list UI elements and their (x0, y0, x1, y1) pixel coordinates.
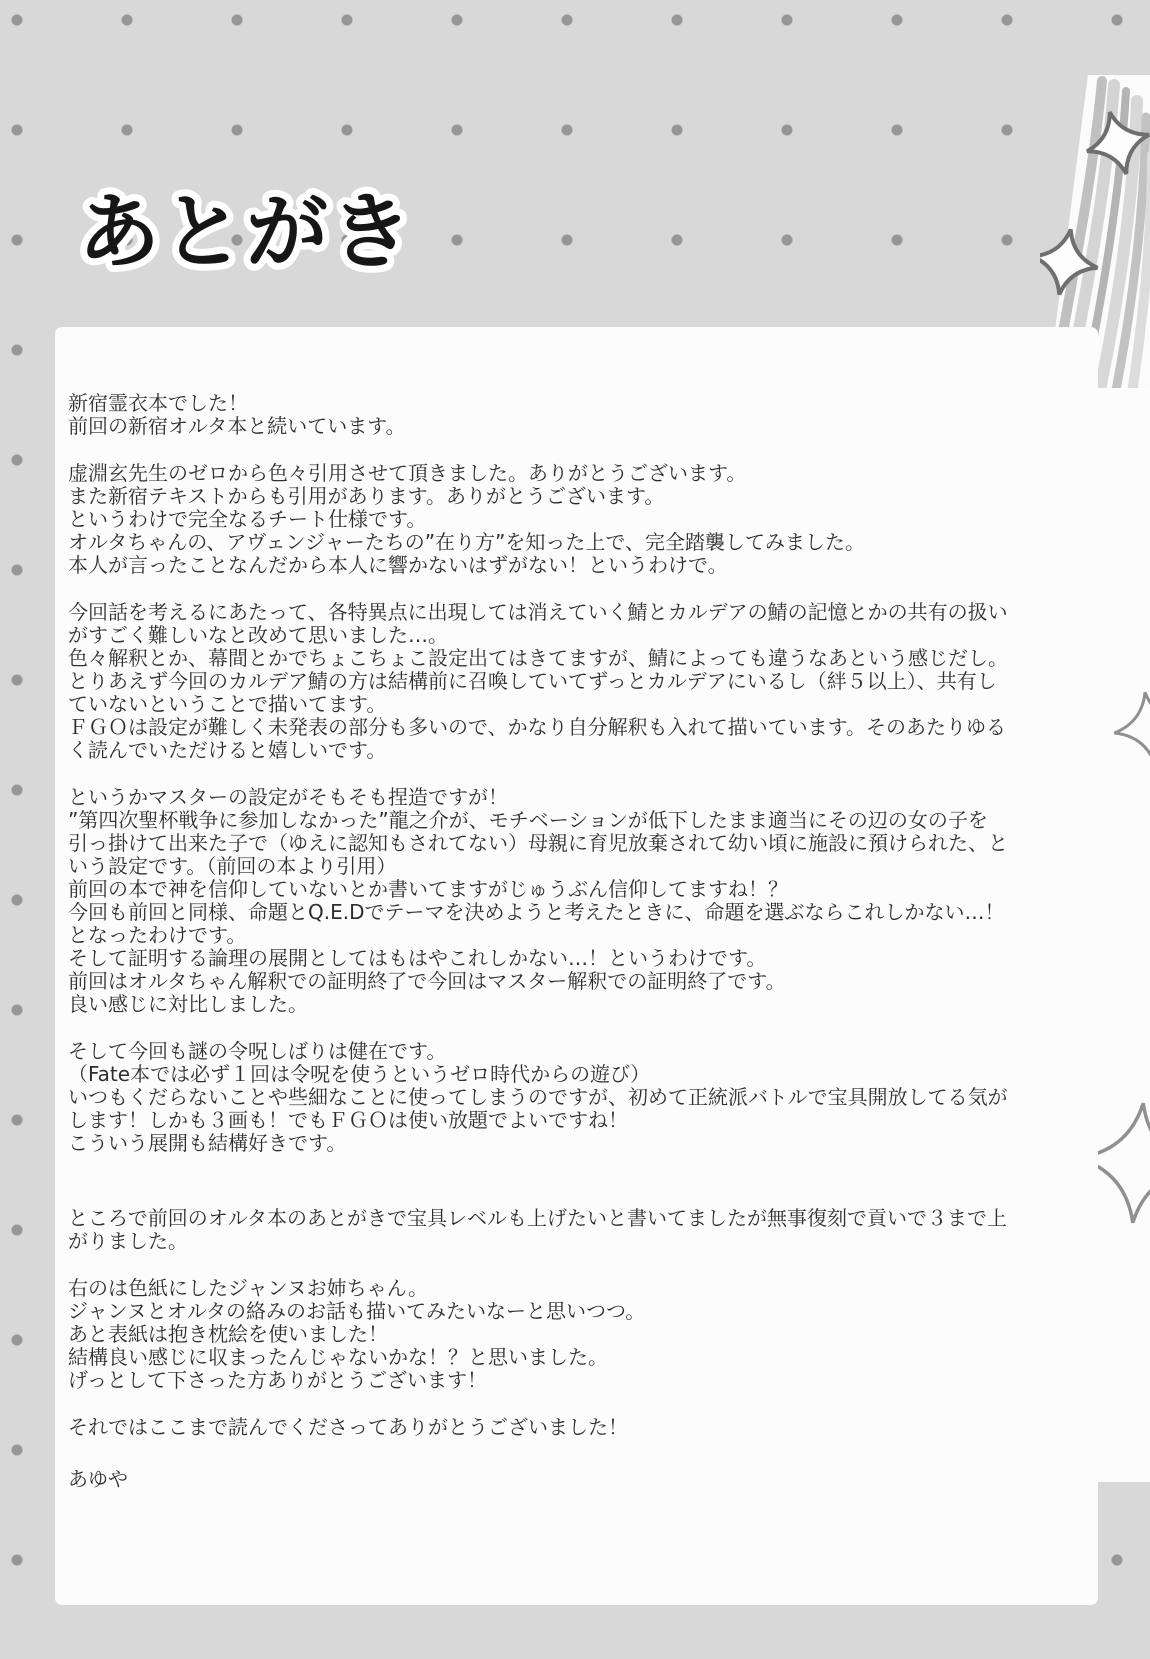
sparkle-icon (1110, 688, 1150, 768)
afterword-paragraphs: 新宿霊衣本でした！前回の新宿オルタ本と続いています。虚淵玄先生のゼロから色々引用… (68, 392, 1073, 1439)
afterword-paragraph: というかマスターの設定がそもそも捏造ですが！”第四次聖杯戦争に参加しなかった”龍… (68, 786, 1073, 1016)
right-page-margin (1090, 388, 1150, 1482)
afterword-body: 新宿霊衣本でした！前回の新宿オルタ本と続いています。虚淵玄先生のゼロから色々引用… (68, 392, 1073, 1491)
afterword-paragraph: そして今回も謎の令呪しばりは健在です。（Fate本では必ず１回は令呪を使うという… (68, 1040, 1073, 1155)
afterword-paragraph: それではここまで読んでくださってありがとうございました！ (68, 1416, 1073, 1439)
afterword-paragraph: 新宿霊衣本でした！前回の新宿オルタ本と続いています。 (68, 392, 1073, 438)
afterword-paragraph: 今回話を考えるにあたって、各特異点に出現しては消えていく鯖とカルデアの鯖の記憶と… (68, 601, 1073, 762)
afterword-paragraph: 右のは色紙にしたジャンヌお姉ちゃん。ジャンヌとオルタの絡みのお話も描いてみたいな… (68, 1277, 1073, 1392)
page-title: あとがき (78, 185, 414, 280)
afterword-paragraph: 虚淵玄先生のゼロから色々引用させて頂きました。ありがとうございます。また新宿テキ… (68, 462, 1073, 577)
author-signature: あゆや (68, 1468, 1073, 1491)
afterword-paragraph: ところで前回のオルタ本のあとがきで宝具レベルも上げたいと書いてましたが無事復刻で… (68, 1207, 1073, 1253)
scanned-page-background: あとがき 新宿霊衣本でした！前回の新宿オルタ本と続いています。虚淵玄先生のゼロか… (0, 0, 1150, 1659)
afterword-title: あとがき (58, 148, 538, 298)
